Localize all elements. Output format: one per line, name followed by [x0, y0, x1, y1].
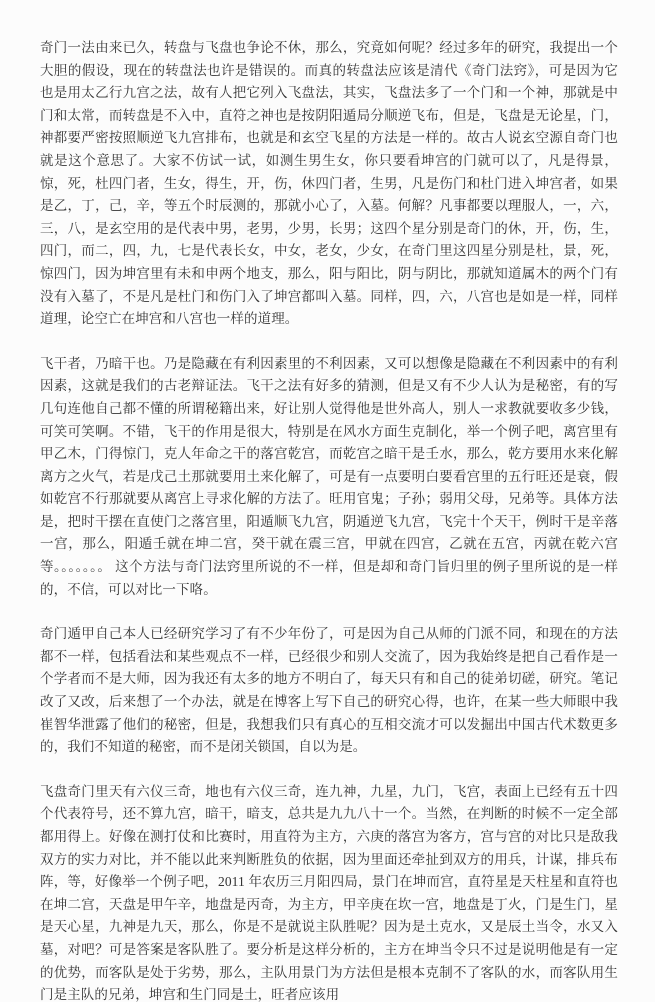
paragraph-feipan-example-2011: 飞盘奇门里天有六仪三奇，地也有六仪三奇，连九神，九星，九门，飞宫，表面上已经有五… [40, 781, 618, 1002]
paragraph-author-study-notes: 奇门遁甲自己本人已经研究学习了有不少年份了，可是因为自己从师的门派不同，和现在的… [40, 623, 618, 759]
paragraph-qimen-zhuanpan-feipan: 奇门一法由来已久，转盘与飞盘也争论不休，那么，究竟如何呢？经过多年的研究，我提出… [40, 37, 618, 331]
paragraph-feigan-angan: 飞干者，乃暗干也。乃是隐藏在有利因素里的不利因素，又可以想像是隐藏在不利因素中的… [40, 353, 618, 602]
document-page: 奇门一法由来已久，转盘与飞盘也争论不休，那么，究竟如何呢？经过多年的研究，我提出… [0, 0, 655, 1002]
